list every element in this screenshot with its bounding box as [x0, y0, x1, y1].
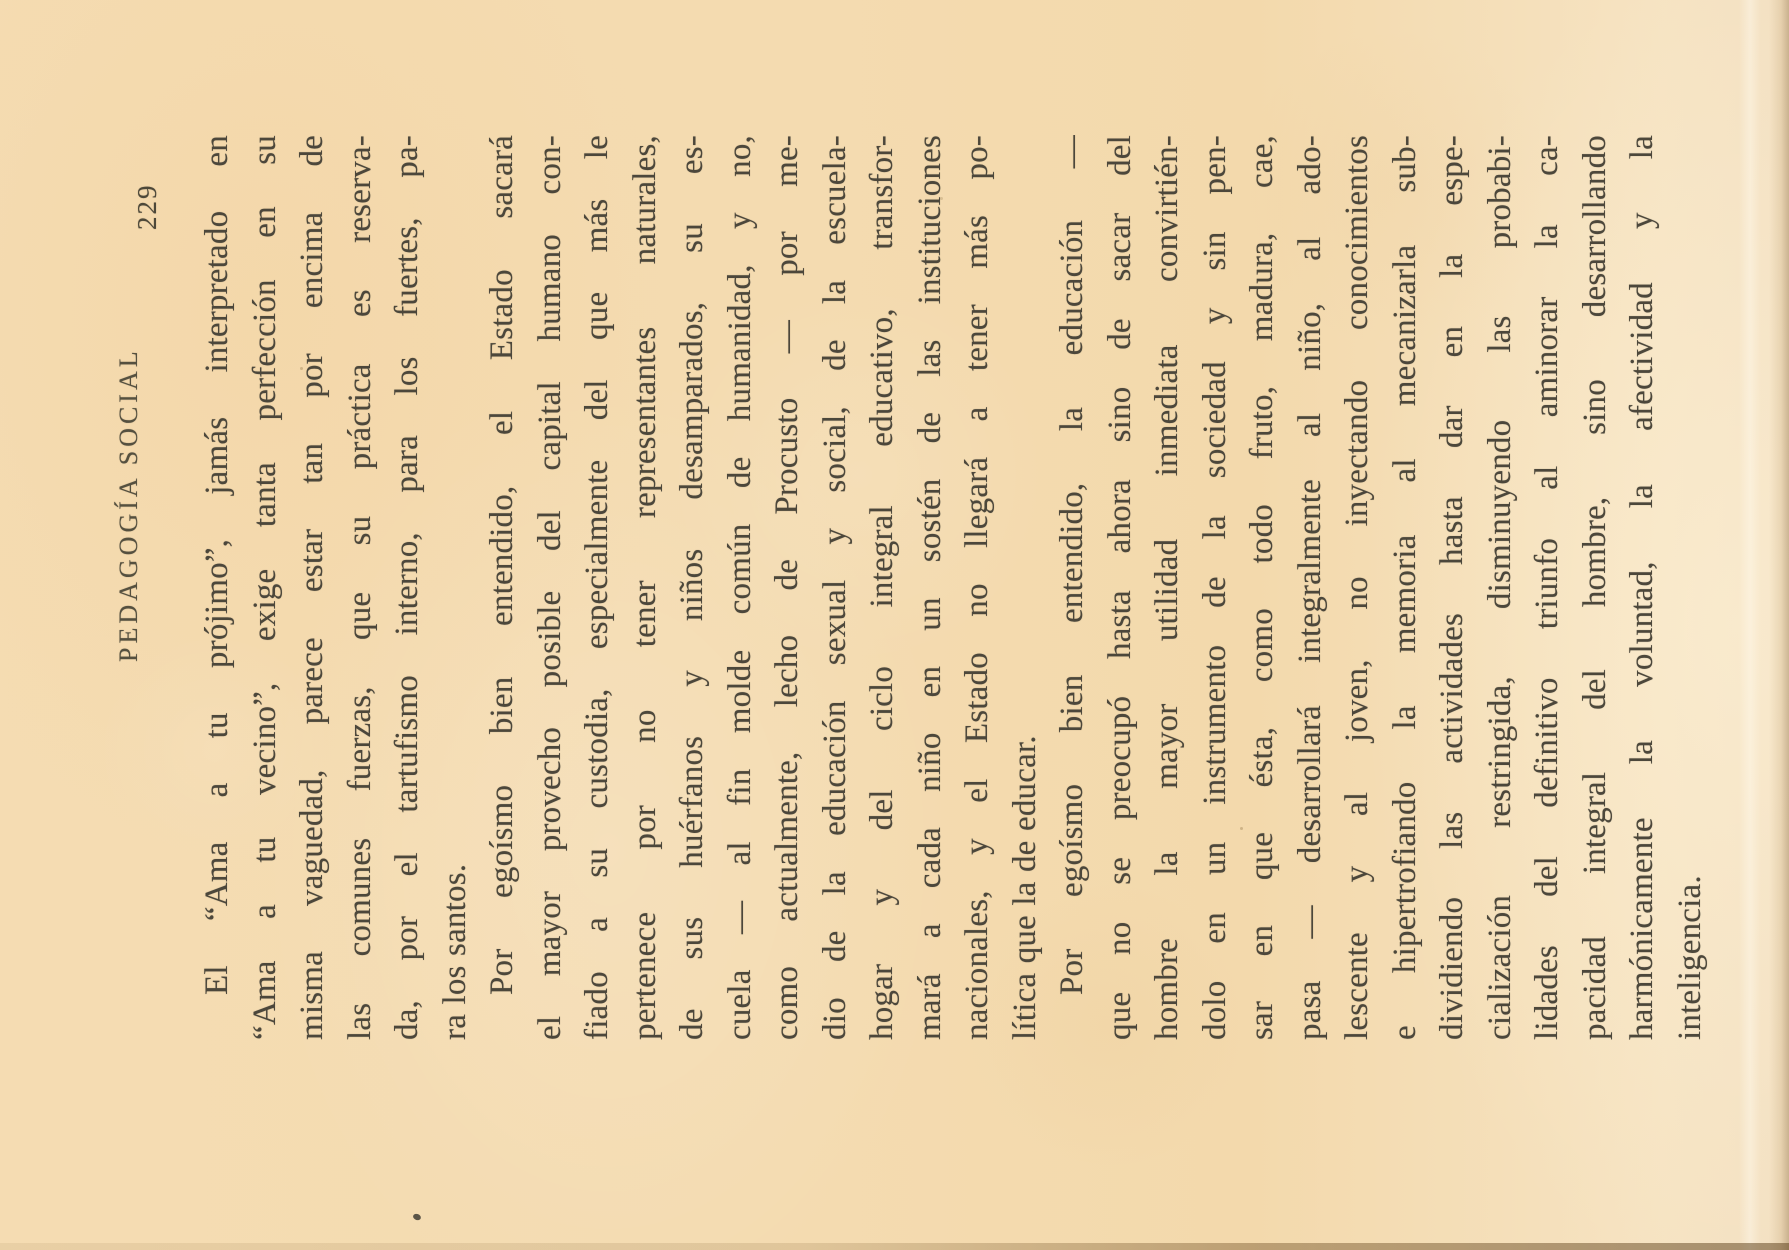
- text-line: misma vaguedad, parece estar tan por enc…: [289, 135, 337, 1040]
- text-line: harmónicamente la voluntad, la afectivid…: [1619, 135, 1667, 1040]
- scanned-book-page: PEDAGOGÍA SOCIAL 229 El “Ama a tu prójim…: [0, 0, 1789, 1250]
- text-line: fiado a su custodia, especialmente del q…: [574, 135, 622, 1040]
- text-line: el mayor provecho posible del capital hu…: [527, 135, 575, 1040]
- text-line: dividiendo las actividades hasta dar en …: [1429, 135, 1477, 1040]
- text-line: cialización restringida, disminuyendo la…: [1477, 135, 1525, 1040]
- text-line: lidades del definitivo triunfo al aminor…: [1524, 135, 1572, 1040]
- text-line: cuela — al fin molde común de humanidad,…: [717, 135, 765, 1040]
- text-line: mará a cada niño en un sostén de las ins…: [907, 135, 955, 1040]
- text-line: pertenece por no tener representantes na…: [622, 135, 670, 1040]
- paper-edge-strip: [0, 1243, 1789, 1250]
- text-line: dolo en un instrumento de la sociedad y …: [1192, 135, 1240, 1040]
- page-rotated-container: PEDAGOGÍA SOCIAL 229 El “Ama a tu prójim…: [0, 0, 1789, 1250]
- paper-edge-shadow: [1769, 0, 1789, 1250]
- running-head-title: PEDAGOGÍA SOCIAL: [114, 347, 144, 662]
- text-line: ra los santos.: [432, 135, 480, 1040]
- text-line: lítica que la de educar.: [1002, 135, 1050, 1040]
- page-number: 229: [132, 184, 163, 231]
- paper-crease: [1739, 0, 1761, 1250]
- text-line: da, por el tartufismo interno, para los …: [384, 135, 432, 1040]
- text-line: “Ama a tu vecino”, exige tanta perfecció…: [242, 135, 290, 1040]
- text-line: nacionales, y el Estado no llegará a ten…: [954, 135, 1002, 1040]
- text-line: Por egoísmo bien entendido, la educación…: [1049, 135, 1097, 1040]
- text-line: El “Ama a tu prójimo”, jamás interpretad…: [194, 135, 242, 1040]
- text-line: hombre la mayor utilidad inmediata convi…: [1144, 135, 1192, 1040]
- paper-speck: [940, 197, 943, 200]
- text-line: pacidad integral del hombre, sino desarr…: [1572, 135, 1620, 1040]
- text-line: que no se preocupó hasta ahora sino de s…: [1097, 135, 1145, 1040]
- paper-speck: [1240, 827, 1243, 830]
- text-line: sar en que ésta, como todo fruto, madura…: [1239, 135, 1287, 1040]
- text-line: como actualmente, lecho de Procusto — po…: [764, 135, 812, 1040]
- paper-speck: [300, 367, 303, 370]
- text-line: e hipertrofiando la memoria al mecanizar…: [1382, 135, 1430, 1040]
- dust-speck: [412, 1213, 422, 1221]
- text-line: lescente y al joven, no inyectando conoc…: [1334, 135, 1382, 1040]
- text-line: de sus huérfanos y niños desamparados, s…: [669, 135, 717, 1040]
- text-line: pasa — desarrollará integralmente al niñ…: [1287, 135, 1335, 1040]
- text-block: El “Ama a tu prójimo”, jamás interpretad…: [194, 135, 1714, 1040]
- text-line: las comunes fuerzas, que su práctica es …: [337, 135, 385, 1040]
- text-line: hogar y del ciclo integral educativo, tr…: [859, 135, 907, 1040]
- text-line: inteligencia.: [1667, 135, 1715, 1040]
- text-line: dio de la educación sexual y social, de …: [812, 135, 860, 1040]
- text-line: Por egoísmo bien entendido, el Estado sa…: [479, 135, 527, 1040]
